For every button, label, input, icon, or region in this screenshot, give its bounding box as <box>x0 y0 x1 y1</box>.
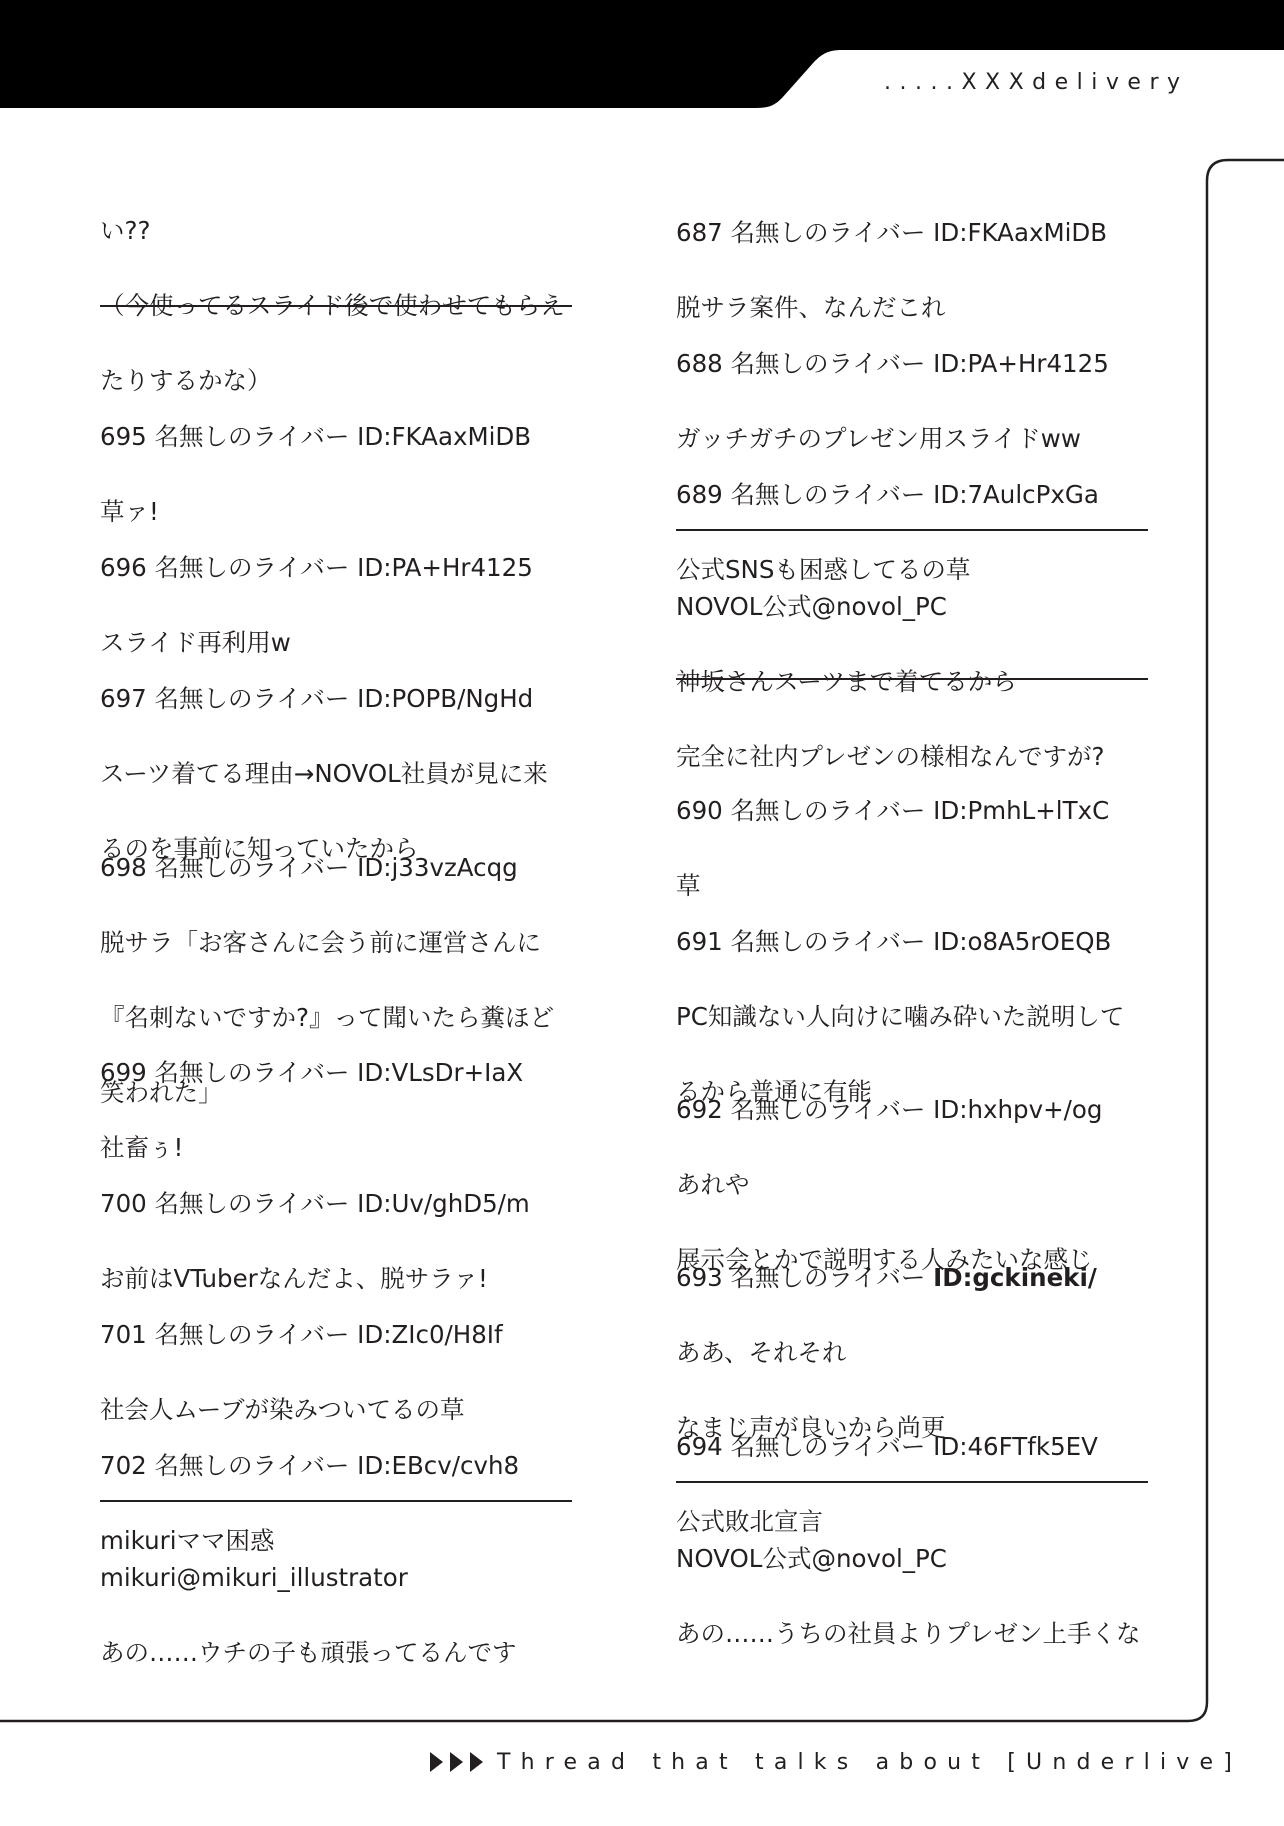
arrow-icons <box>430 1752 483 1772</box>
triangle-right-icon <box>430 1752 443 1772</box>
sns-account: NOVOL公式@novol_PC <box>676 1540 1156 1578</box>
divider <box>100 1500 572 1502</box>
sns-body: 神坂さんスーツまで着てるから <box>676 663 1156 701</box>
post-header: 695 名無しのライバー ID:FKAaxMiDB <box>100 418 580 456</box>
sns-post-mikuri: mikuri@mikuri_illustrator あの……ウチの子も頑張ってる… <box>100 1521 580 1709</box>
post-body: ああ、それそれ <box>676 1334 1156 1372</box>
post-header: 692 名無しのライバー ID:hxhpv+/og <box>676 1091 1156 1129</box>
divider <box>676 678 1148 680</box>
post-header: 690 名無しのライバー ID:PmhL+lTxC <box>676 792 1156 830</box>
header-title: .....XXXdelivery <box>884 70 1189 95</box>
post-body: あれや <box>676 1166 1156 1204</box>
triangle-right-icon <box>470 1752 483 1772</box>
sns-body: あの……ウチの子も頑張ってるんです <box>100 1634 580 1672</box>
post-body: PC知識ない人向けに噛み砕いた説明して <box>676 998 1156 1036</box>
post-header: 687 名無しのライバー ID:FKAaxMiDB <box>676 214 1156 252</box>
divider <box>100 305 572 307</box>
post-header: 689 名無しのライバー ID:7AulcPxGa <box>676 476 1156 514</box>
bold-id: ID:gckineki/ <box>933 1263 1097 1292</box>
post-header: 693 名無しのライバー ID:gckineki/ <box>676 1259 1156 1297</box>
post-header: 701 名無しのライバー ID:ZIc0/H8If <box>100 1316 580 1354</box>
sns-account: mikuri@mikuri_illustrator <box>100 1559 580 1597</box>
post-header: 698 名無しのライバー ID:j33vzAcqg <box>100 849 580 887</box>
triangle-right-icon <box>450 1752 463 1772</box>
sns-post-novol-2: NOVOL公式@novol_PC あの……うちの社員よりプレゼン上手くな <box>676 1502 1156 1690</box>
post-body: 脱サラ「お客さんに会う前に運営さんに <box>100 924 580 962</box>
footer: Thread that talks about [Underlive] <box>430 1742 1242 1782</box>
divider <box>676 529 1148 531</box>
footer-title: Thread that talks about [Underlive] <box>497 1750 1242 1775</box>
post-header: 702 名無しのライバー ID:EBcv/cvh8 <box>100 1447 580 1485</box>
sns-body: あの……うちの社員よりプレゼン上手くな <box>676 1615 1156 1653</box>
post-header: 694 名無しのライバー ID:46FTfk5EV <box>676 1428 1156 1466</box>
sns-account: NOVOL公式@novol_PC <box>676 588 1156 626</box>
post-header: 699 名無しのライバー ID:VLsDr+IaX <box>100 1054 580 1092</box>
post-header: 696 名無しのライバー ID:PA+Hr4125 <box>100 549 580 587</box>
divider <box>676 1481 1148 1483</box>
post-header: 691 名無しのライバー ID:o8A5rOEQB <box>676 923 1156 961</box>
post-body: スーツ着てる理由→NOVOL社員が見に来 <box>100 755 580 793</box>
post-header: 697 名無しのライバー ID:POPB/NgHd <box>100 680 580 718</box>
post-header: 688 名無しのライバー ID:PA+Hr4125 <box>676 345 1156 383</box>
post-header: 700 名無しのライバー ID:Uv/ghD5/m <box>100 1185 580 1223</box>
